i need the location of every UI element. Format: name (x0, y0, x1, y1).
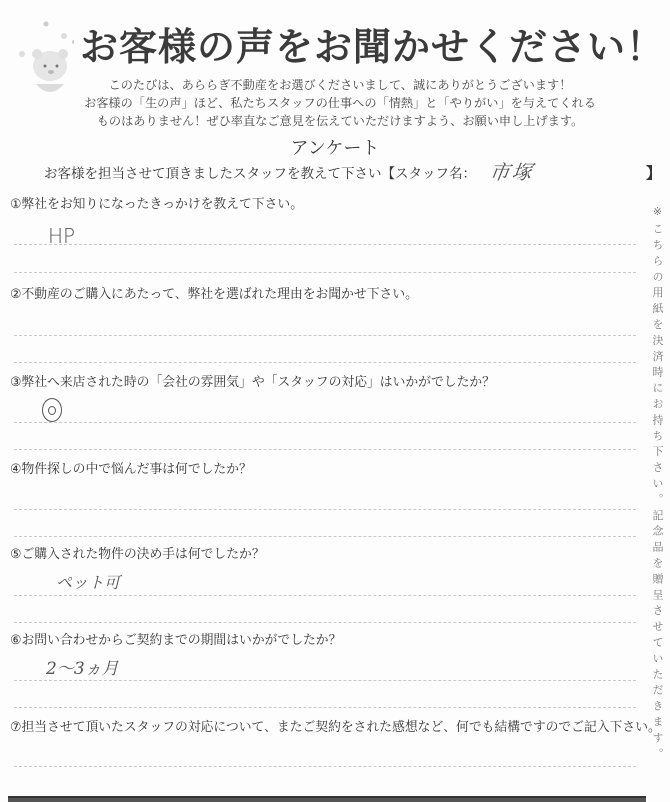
answer-line (14, 622, 636, 623)
question-6-label: ⑥お問い合わせからご契約までの期間はいかがでしたか？ (10, 629, 341, 648)
bottom-box-border (8, 796, 646, 802)
answer-line (14, 244, 636, 245)
question-5-answer[interactable]: ペット可 (56, 570, 120, 593)
answer-line (14, 766, 636, 767)
intro-line-2: お客様の「生の声」ほど、私たちスタッフの仕事への「情熱」と「やりがい」を与えてく… (60, 94, 620, 111)
inner-circle-icon (48, 406, 56, 415)
question-7-label: ⑦担当させて頂いたスタッフの対応について、またご契約をされた感想など、何でも結構… (10, 716, 661, 735)
staff-bracket-close: 】 (646, 162, 661, 183)
answer-line (14, 536, 636, 537)
answer-line (14, 707, 636, 708)
answer-line (14, 335, 636, 336)
answer-line (14, 595, 636, 596)
question-4-label: ④物件探しの中で悩んだ事は何でしたか？ (10, 458, 252, 477)
staff-prompt: お客様を担当させて頂きましたスタッフを教えて下さい【スタッフ名： (44, 162, 476, 182)
intro-line-1: このたびは、あららぎ不動産をお選びくださいまして、誠にありがとうございます！ (60, 76, 620, 93)
staff-name-field[interactable]: 市塚 (488, 156, 536, 185)
question-1-label: ①弊社をお知りになったきっかけを教えて下さい。 (10, 193, 303, 212)
page-title: お客様の声をお聞かせください！ (80, 16, 600, 71)
answer-line (14, 362, 636, 363)
intro-line-3: ものはありません！ぜひ率直なご意見を伝えていただけますよう、お願い申し上げます。 (60, 112, 620, 129)
question-3-label: ③弊社へ来店された時の「会社の雰囲気」や「スタッフの対応」はいかがでしたか？ (10, 371, 495, 390)
answer-line (14, 680, 636, 681)
question-5-label: ⑤ご購入された物件の決め手は何でしたか？ (10, 543, 265, 562)
question-2-label: ②不動産のご購入にあたって、弊社を選ばれた理由をお聞かせ下さい。 (10, 283, 418, 302)
answer-line (14, 272, 636, 273)
answer-line (14, 422, 636, 423)
survey-heading: アンケート (0, 134, 670, 160)
double-circle-mark-icon[interactable] (42, 398, 62, 422)
question-6-answer[interactable]: 2～3ヵ月 (46, 654, 119, 679)
answer-line (14, 449, 636, 450)
answer-line (14, 509, 636, 510)
side-note: ※こちらの用紙を決済時にお持ち下さい。記念品を贈呈させていただきます。 (648, 205, 666, 764)
